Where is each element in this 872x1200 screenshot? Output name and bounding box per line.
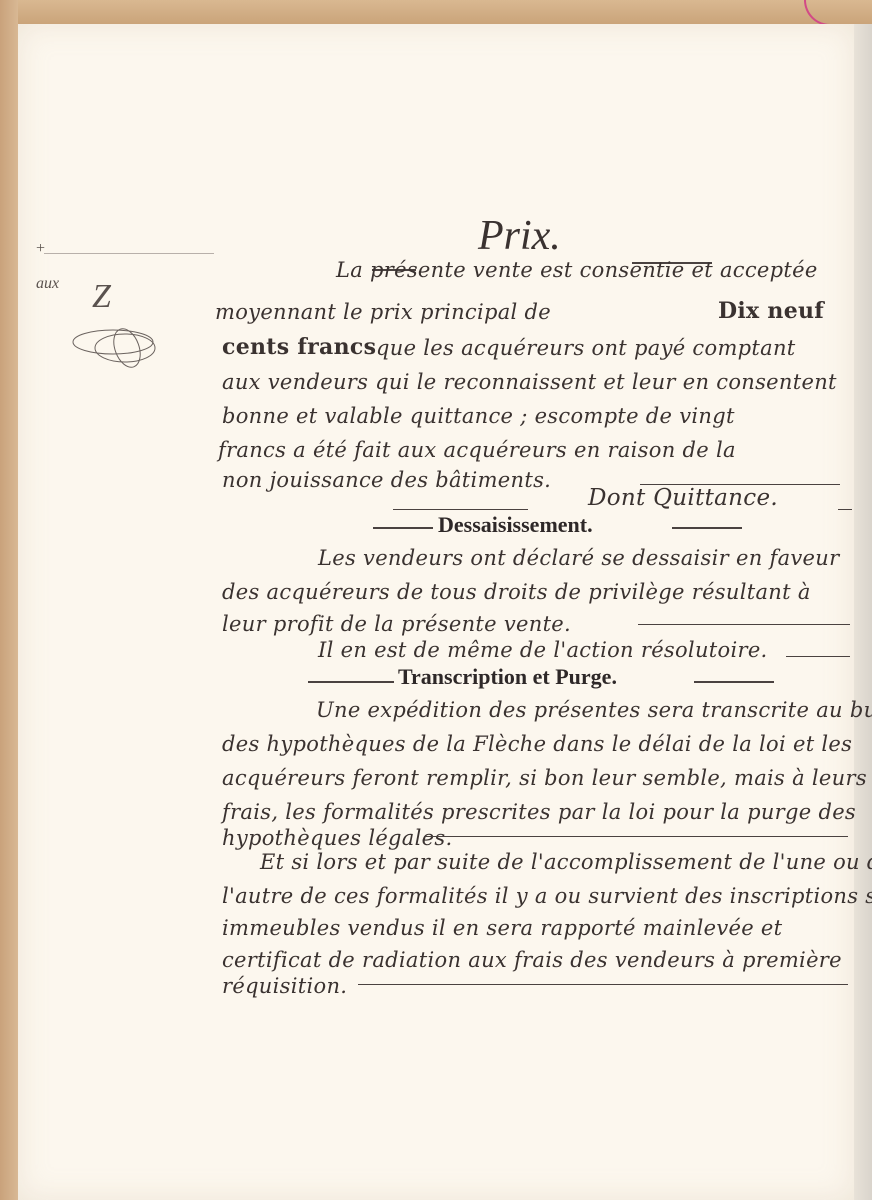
heading-rule-left (373, 527, 433, 529)
heading-rule-left (308, 681, 394, 683)
heading-transcription-purge: Transcription et Purge. (398, 664, 617, 690)
text-line: francs a été fait aux acquéreurs en rais… (218, 438, 736, 462)
line-filler (424, 836, 848, 837)
text-line: immeubles vendus il en sera rapporté mai… (222, 916, 782, 940)
text-line: réquisition. (222, 974, 347, 998)
page-edge-right (854, 24, 872, 1200)
text-line: des acquéreurs de tous droits de privilè… (222, 580, 811, 604)
text-amount: Dix neuf (718, 298, 824, 324)
line-filler (393, 509, 528, 510)
text-line: frais, les formalités prescrites par la … (222, 800, 856, 824)
text-line: aux vendeurs qui le reconnaissent et leu… (222, 370, 837, 394)
margin-word: aux (36, 275, 59, 293)
line-filler (838, 509, 852, 510)
text-line: non jouissance des bâtiments. (222, 468, 551, 492)
margin-initial: Z (92, 278, 111, 316)
background-board-top (0, 0, 872, 24)
text-closing: Dont Quittance. (588, 485, 778, 511)
line-filler (638, 624, 850, 625)
text-line: Il en est de même de l'action résolutoir… (318, 638, 768, 662)
text-line: La présente vente est consentie et accep… (336, 258, 818, 282)
text-amount: cents francs (222, 334, 376, 360)
heading-rule-right (694, 681, 774, 683)
text-line: Et si lors et par suite de l'accomplisse… (260, 850, 872, 874)
text-line: acquéreurs feront remplir, si bon leur s… (222, 766, 867, 790)
margin-cross: + (36, 240, 45, 258)
margin-rule (44, 253, 214, 254)
text-line: Les vendeurs ont déclaré se dessaisir en… (318, 546, 839, 570)
text-line: hypothèques légales. (222, 826, 452, 850)
line-filler (786, 656, 850, 657)
heading-rule-right (672, 527, 742, 529)
background-board-left (0, 0, 18, 1200)
text-line: des hypothèques de la Flèche dans le dél… (222, 732, 852, 756)
text-line: que les acquéreurs ont payé comptant (376, 336, 796, 360)
text-line: bonne et valable quittance ; escompte de… (222, 404, 735, 428)
text-line: Une expédition des présentes sera transc… (316, 698, 872, 722)
line-filler (358, 984, 848, 985)
text-line: moyennant le prix principal de (215, 300, 551, 324)
text-line: leur profit de la présente vente. (222, 612, 571, 636)
text-line: certificat de radiation aux frais des ve… (222, 948, 842, 972)
paraph-scribble-icon (65, 320, 175, 380)
heading-prix: Prix. (478, 212, 561, 260)
text-line: l'autre de ces formalités il y a ou surv… (222, 884, 872, 908)
heading-dessaisissement: Dessaisissement. (438, 512, 593, 538)
